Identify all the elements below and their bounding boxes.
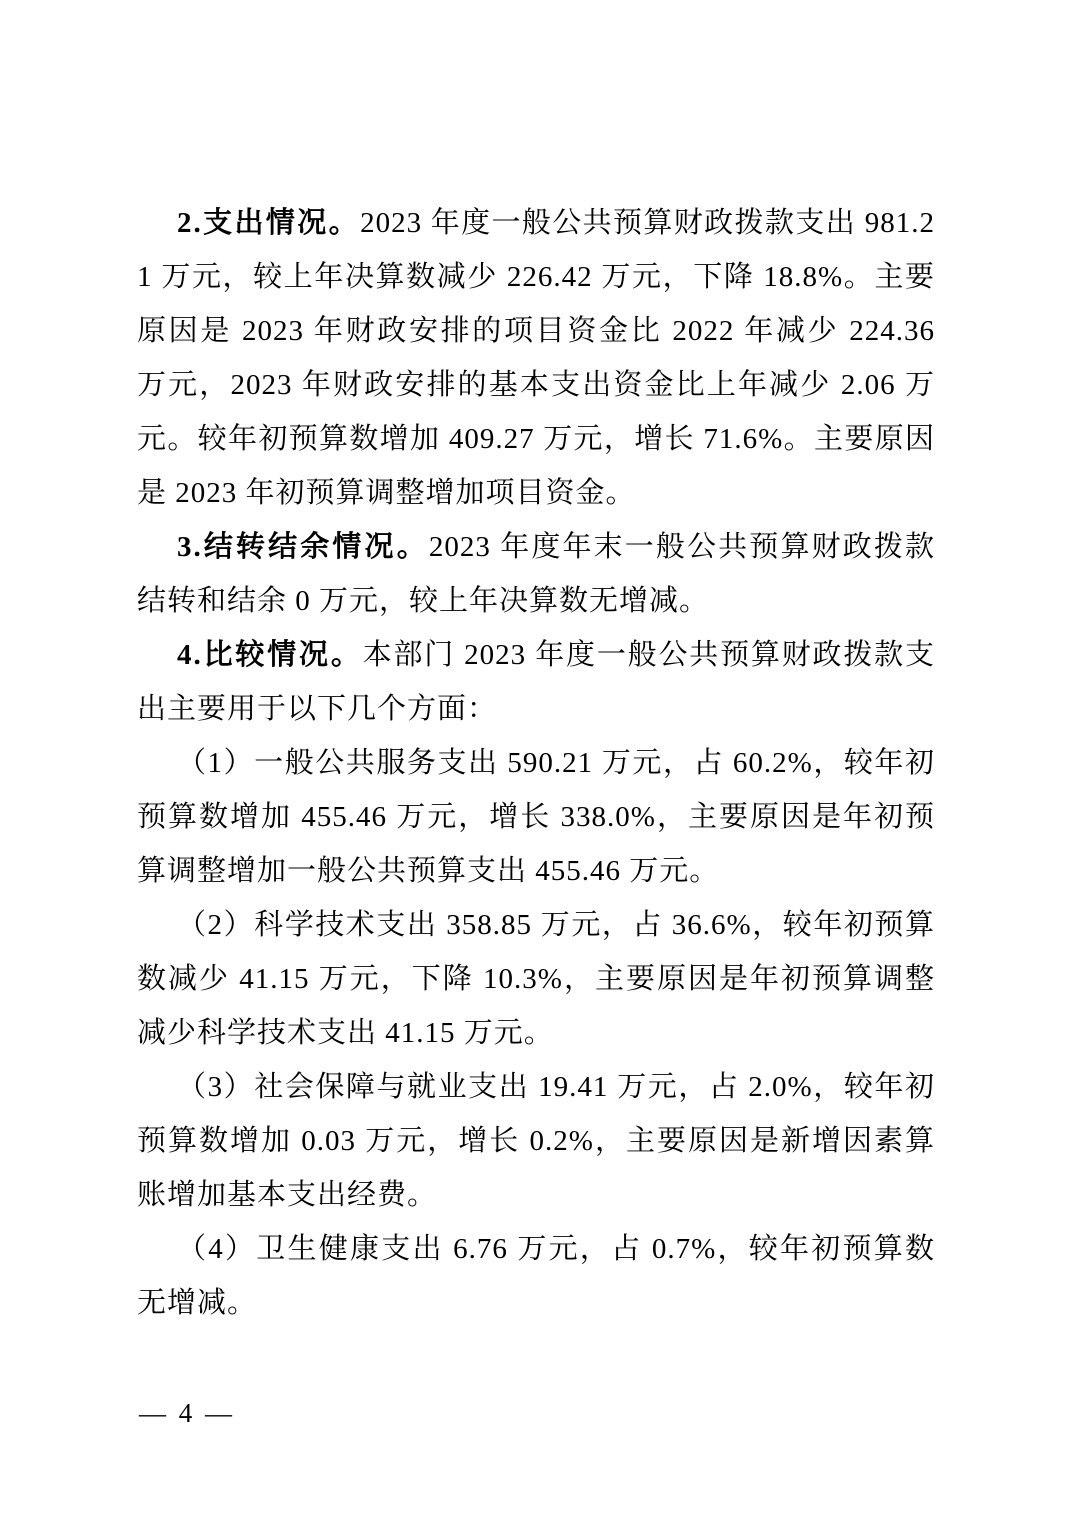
paragraph-text: （3）社会保障与就业支出 19.41 万元，占 2.0%，较年初预算数增加 0.… [137,1071,935,1211]
paragraph-text: （4）卫生健康支出 6.76 万元，占 0.7%，较年初预算数无增减。 [137,1233,935,1319]
list-item-science-technology: （2）科学技术支出 358.85 万元，占 36.6%，较年初预算数减少 41.… [137,898,935,1060]
section-heading-carryover: 3.结转结余情况。 [177,531,429,563]
document-body: 2.支出情况。2023 年度一般公共预算财政拨款支出 981.21 万元，较上年… [137,196,935,1330]
page-number: — 4 — [139,1398,235,1429]
paragraph-carryover: 3.结转结余情况。2023 年度年末一般公共预算财政拨款结转和结余 0 万元，较… [137,520,935,628]
section-heading-expenditure: 2.支出情况。 [177,207,360,239]
paragraph-text: （1）一般公共服务支出 590.21 万元，占 60.2%，较年初预算数增加 4… [137,747,935,887]
document-page: 2.支出情况。2023 年度一般公共预算财政拨款支出 981.21 万元，较上年… [0,0,1075,1520]
paragraph-text: 2023 年度一般公共预算财政拨款支出 981.21 万元，较上年决算数减少 2… [137,207,935,509]
list-item-health: （4）卫生健康支出 6.76 万元，占 0.7%，较年初预算数无增减。 [137,1222,935,1330]
paragraph-expenditure: 2.支出情况。2023 年度一般公共预算财政拨款支出 981.21 万元，较上年… [137,196,935,520]
paragraph-text: （2）科学技术支出 358.85 万元，占 36.6%，较年初预算数减少 41.… [137,909,935,1049]
list-item-social-security: （3）社会保障与就业支出 19.41 万元，占 2.0%，较年初预算数增加 0.… [137,1060,935,1222]
list-item-general-public-services: （1）一般公共服务支出 590.21 万元，占 60.2%，较年初预算数增加 4… [137,736,935,898]
paragraph-comparison: 4.比较情况。本部门 2023 年度一般公共预算财政拨款支出主要用于以下几个方面… [137,628,935,736]
section-heading-comparison: 4.比较情况。 [177,639,363,671]
